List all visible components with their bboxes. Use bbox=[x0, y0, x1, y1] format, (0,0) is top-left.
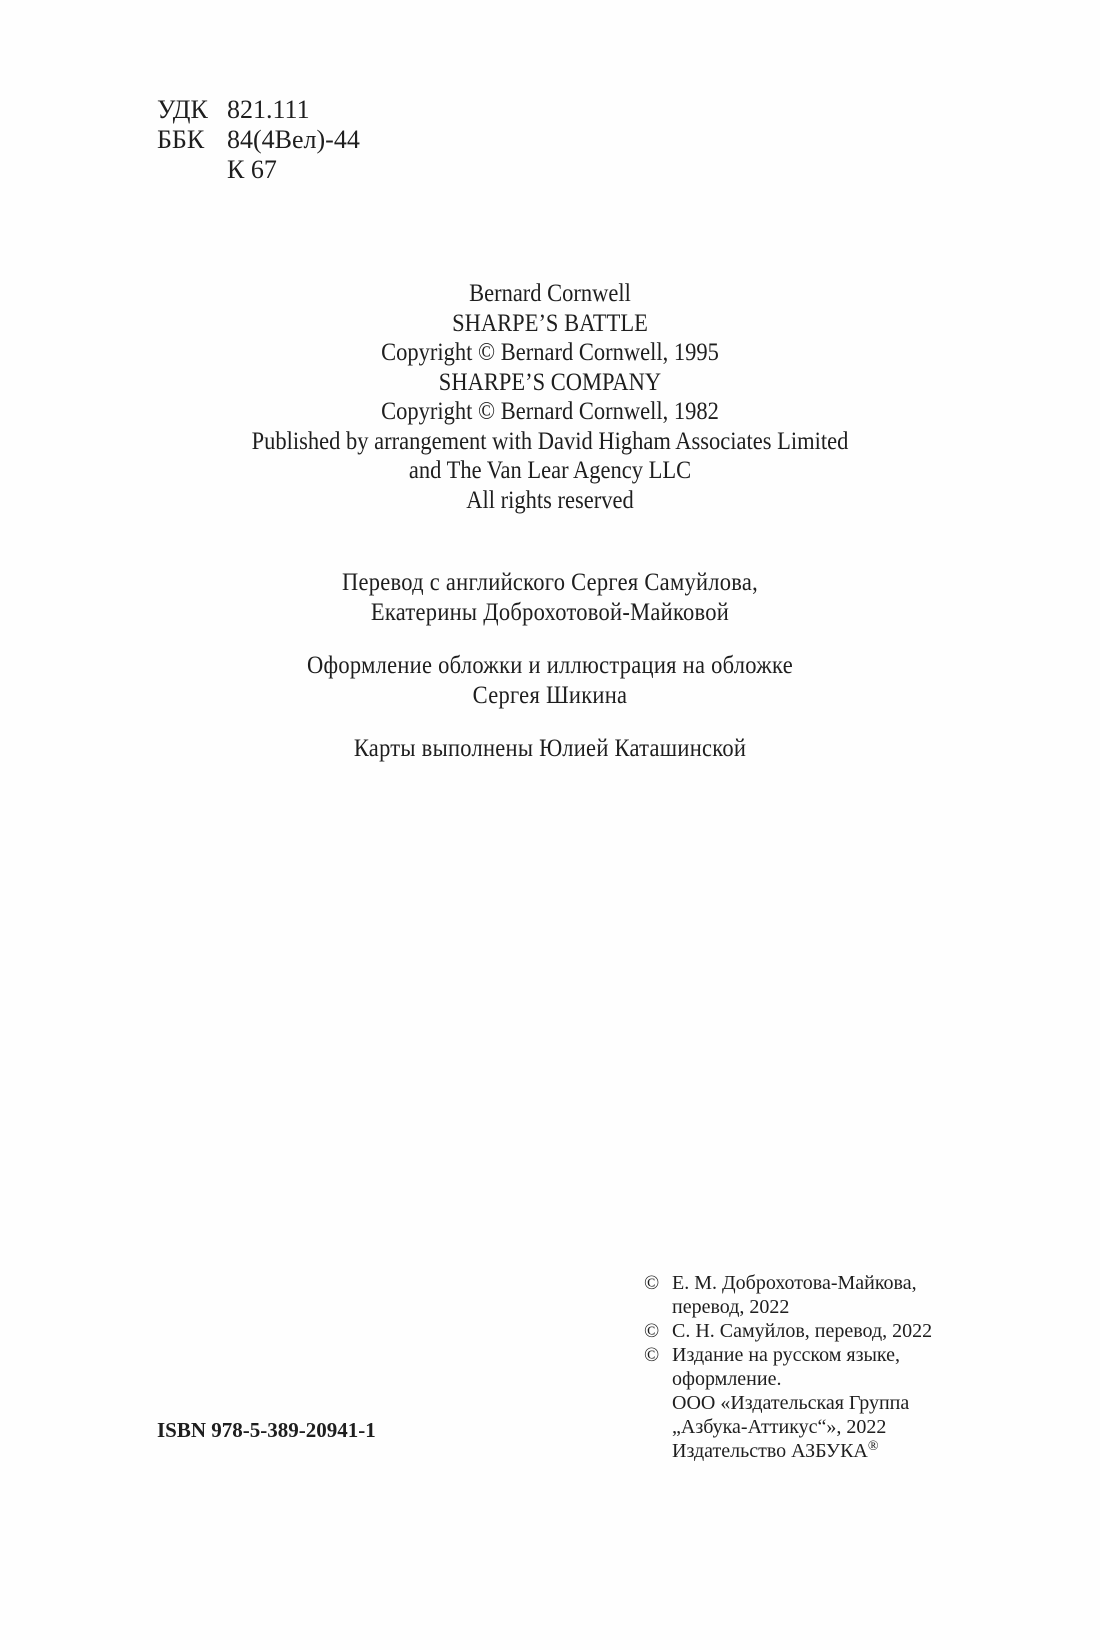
credit-line: SHARPE’S BATTLE bbox=[55, 309, 1045, 339]
credit-line: All rights reserved bbox=[55, 486, 1045, 516]
bbk-row: ББК84(4Вел)-44 bbox=[157, 125, 360, 155]
author-mark: К 67 bbox=[157, 155, 360, 185]
udk-label: УДК bbox=[157, 95, 227, 125]
credit-line: Copyright © Bernard Cornwell, 1982 bbox=[55, 397, 1045, 427]
isbn: ISBN 978-5-389-20941-1 bbox=[157, 1418, 376, 1443]
copyright-line: оформление. bbox=[672, 1367, 909, 1391]
credit-line: Bernard Cornwell bbox=[55, 279, 1045, 309]
copyright-line: „Азбука-Аттикус“», 2022 bbox=[672, 1415, 909, 1439]
bbk-value: 84(4Вел)-44 bbox=[227, 125, 360, 154]
copyright-entry: © С. Н. Самуйлов, перевод, 2022 bbox=[644, 1319, 932, 1343]
registered-mark-icon: ® bbox=[868, 1439, 879, 1454]
copyright-entry: © Издание на русском языке, оформление. … bbox=[644, 1343, 932, 1463]
bbk-label: ББК bbox=[157, 125, 227, 155]
credit-line: Copyright © Bernard Cornwell, 1995 bbox=[55, 338, 1045, 368]
udk-row: УДК821.111 bbox=[157, 95, 360, 125]
copyright-entry: © Е. М. Доброхотова-Майкова, перевод, 20… bbox=[644, 1271, 932, 1319]
cover-design-line: Сергея Шикина bbox=[55, 681, 1045, 711]
classification-codes: УДК821.111 ББК84(4Вел)-44 К 67 bbox=[157, 95, 360, 185]
copyright-icon: © bbox=[644, 1271, 672, 1319]
copyright-line: С. Н. Самуйлов, перевод, 2022 bbox=[672, 1319, 932, 1343]
cover-design-credit: Оформление обложки и иллюстрация на обло… bbox=[0, 651, 1100, 710]
maps-credit: Карты выполнены Юлией Каташинской bbox=[0, 734, 1100, 764]
publisher-line: Издательство АЗБУКА® bbox=[672, 1439, 909, 1463]
udk-value: 821.111 bbox=[227, 95, 310, 124]
maps-line: Карты выполнены Юлией Каташинской bbox=[55, 734, 1045, 764]
copyright-notices: © Е. М. Доброхотова-Майкова, перевод, 20… bbox=[644, 1271, 932, 1463]
translation-line: Перевод с английского Сергея Самуйлова, bbox=[55, 568, 1045, 598]
copyright-icon: © bbox=[644, 1343, 672, 1463]
credit-line: and The Van Lear Agency LLC bbox=[55, 456, 1045, 486]
copyright-line: ООО «Издательская Группа bbox=[672, 1391, 909, 1415]
copyright-line: перевод, 2022 bbox=[672, 1295, 917, 1319]
copyright-page: УДК821.111 ББК84(4Вел)-44 К 67 Bernard C… bbox=[0, 0, 1100, 1650]
translation-credit: Перевод с английского Сергея Самуйлова, … bbox=[0, 568, 1100, 627]
copyright-line: Е. М. Доброхотова-Майкова, bbox=[672, 1271, 917, 1295]
translation-line: Екатерины Доброхотовой-Майковой bbox=[55, 598, 1045, 628]
copyright-line: Издание на русском языке, bbox=[672, 1343, 909, 1367]
publisher-name: Издательство АЗБУКА bbox=[672, 1440, 868, 1462]
credit-line: Published by arrangement with David High… bbox=[55, 427, 1045, 457]
copyright-icon: © bbox=[644, 1319, 672, 1343]
cover-design-line: Оформление обложки и иллюстрация на обло… bbox=[55, 651, 1045, 681]
credit-line: SHARPE’S COMPANY bbox=[55, 368, 1045, 398]
original-credits: Bernard Cornwell SHARPE’S BATTLE Copyrig… bbox=[0, 279, 1100, 515]
